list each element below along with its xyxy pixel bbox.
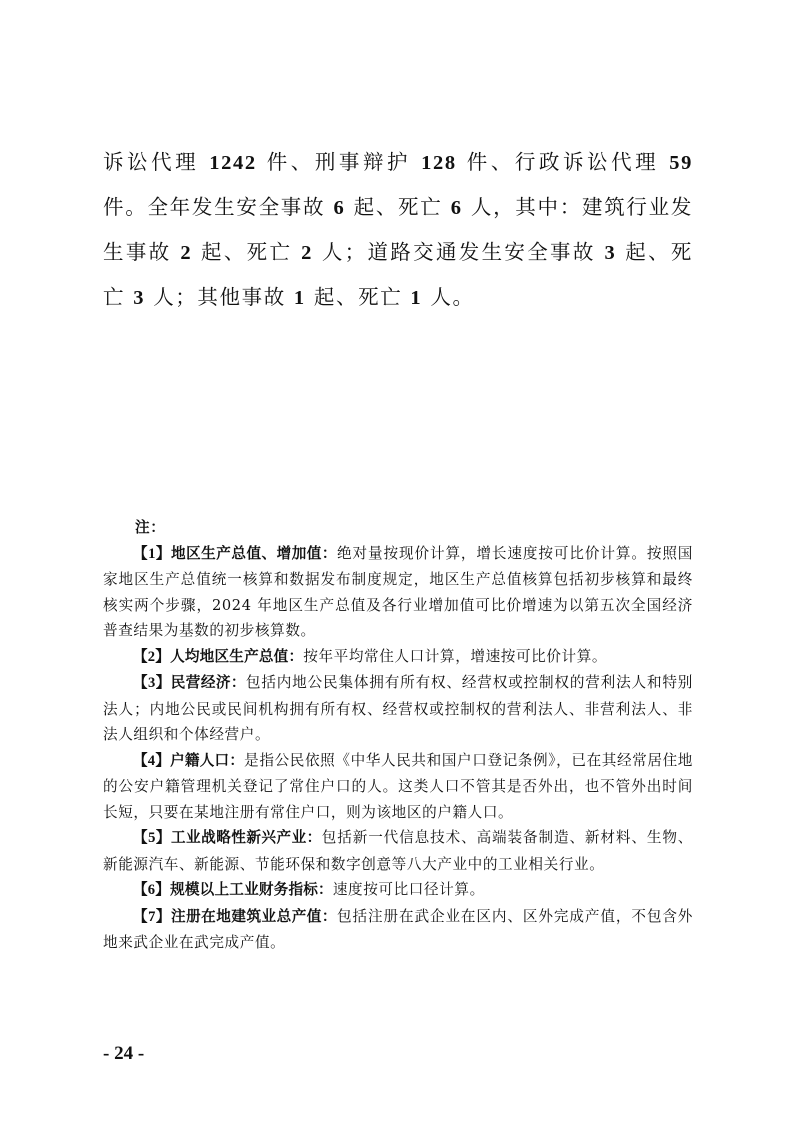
note-heading: 【2】人均地区生产总值： [133,648,303,665]
body-number: 1 [294,287,306,309]
page-number: - 24 - [103,1043,144,1065]
note-item-4: 【4】户籍人口：是指公民依照《中华人民共和国户口登记条例》，已在其经常居住地的公… [103,748,693,826]
note-item-5: 【5】工业战略性新兴产业：包括新一代信息技术、高端装备制造、新材料、生物、新能源… [103,825,693,877]
body-number: 1 [410,287,422,309]
notes-section: 注： 【1】地区生产总值、增加值：绝对量按现价计算，增长速度按可比价计算。按照国… [103,515,693,956]
note-heading: 【5】工业战略性新兴产业： [133,829,322,846]
body-number: 6 [334,197,346,219]
body-text-run: 件、行政诉讼代理 [457,150,670,174]
note-heading: 【6】规模以上工业财务指标： [133,881,333,898]
note-item-1: 【1】地区生产总值、增加值：绝对量按现价计算，增长速度按可比价计算。按照国家地区… [103,541,693,644]
body-number: 128 [421,152,457,174]
body-number: 6 [451,197,463,219]
note-item-6: 【6】规模以上工业财务指标：速度按可比口径计算。 [103,877,693,904]
note-heading: 【7】注册在地建筑业总产值： [133,908,337,925]
body-text-run: 诉讼代理 [103,150,209,174]
document-page: 诉讼代理 1242 件、刑事辩护 128 件、行政诉讼代理 59 件。全年发生安… [0,0,794,1123]
note-item-2: 【2】人均地区生产总值：按年平均常住人口计算，增速按可比价计算。 [103,644,693,671]
body-paragraph: 诉讼代理 1242 件、刑事辩护 128 件、行政诉讼代理 59 件。全年发生安… [103,140,693,320]
note-heading: 【3】民营经济： [133,674,246,691]
body-text-run: 人；道路交通发生安全事故 [313,240,605,264]
note-text: 速度按可比口径计算。 [333,881,485,898]
body-number: 1242 [209,152,256,174]
body-text-run: 件、刑事辩护 [257,150,421,174]
body-number: 3 [133,287,145,309]
body-number: 2 [301,242,313,264]
note-item-7: 【7】注册在地建筑业总产值：包括注册在武企业在区内、区外完成产值，不包含外地来武… [103,904,693,956]
note-heading: 【4】户籍人口： [133,752,244,769]
body-text-run: 起、死亡 [345,195,450,219]
body-text-run: 件。全年发生安全事故 [103,195,334,219]
body-text-run: 起、死亡 [192,240,301,264]
note-text: 按年平均常住人口计算，增速按可比价计算。 [303,648,607,665]
body-text-run: 人；其他事故 [145,285,294,309]
notes-title: 注： [103,515,693,541]
note-item-3: 【3】民营经济：包括内地公民集体拥有所有权、经营权或控制权的营利法人和特别法人；… [103,670,693,748]
body-text-run: 起、死亡 [306,285,411,309]
body-number: 3 [605,242,617,264]
body-text-run: 人。 [422,285,474,309]
body-number: 59 [669,152,693,174]
note-heading: 【1】地区生产总值、增加值： [133,545,337,562]
body-number: 2 [180,242,192,264]
